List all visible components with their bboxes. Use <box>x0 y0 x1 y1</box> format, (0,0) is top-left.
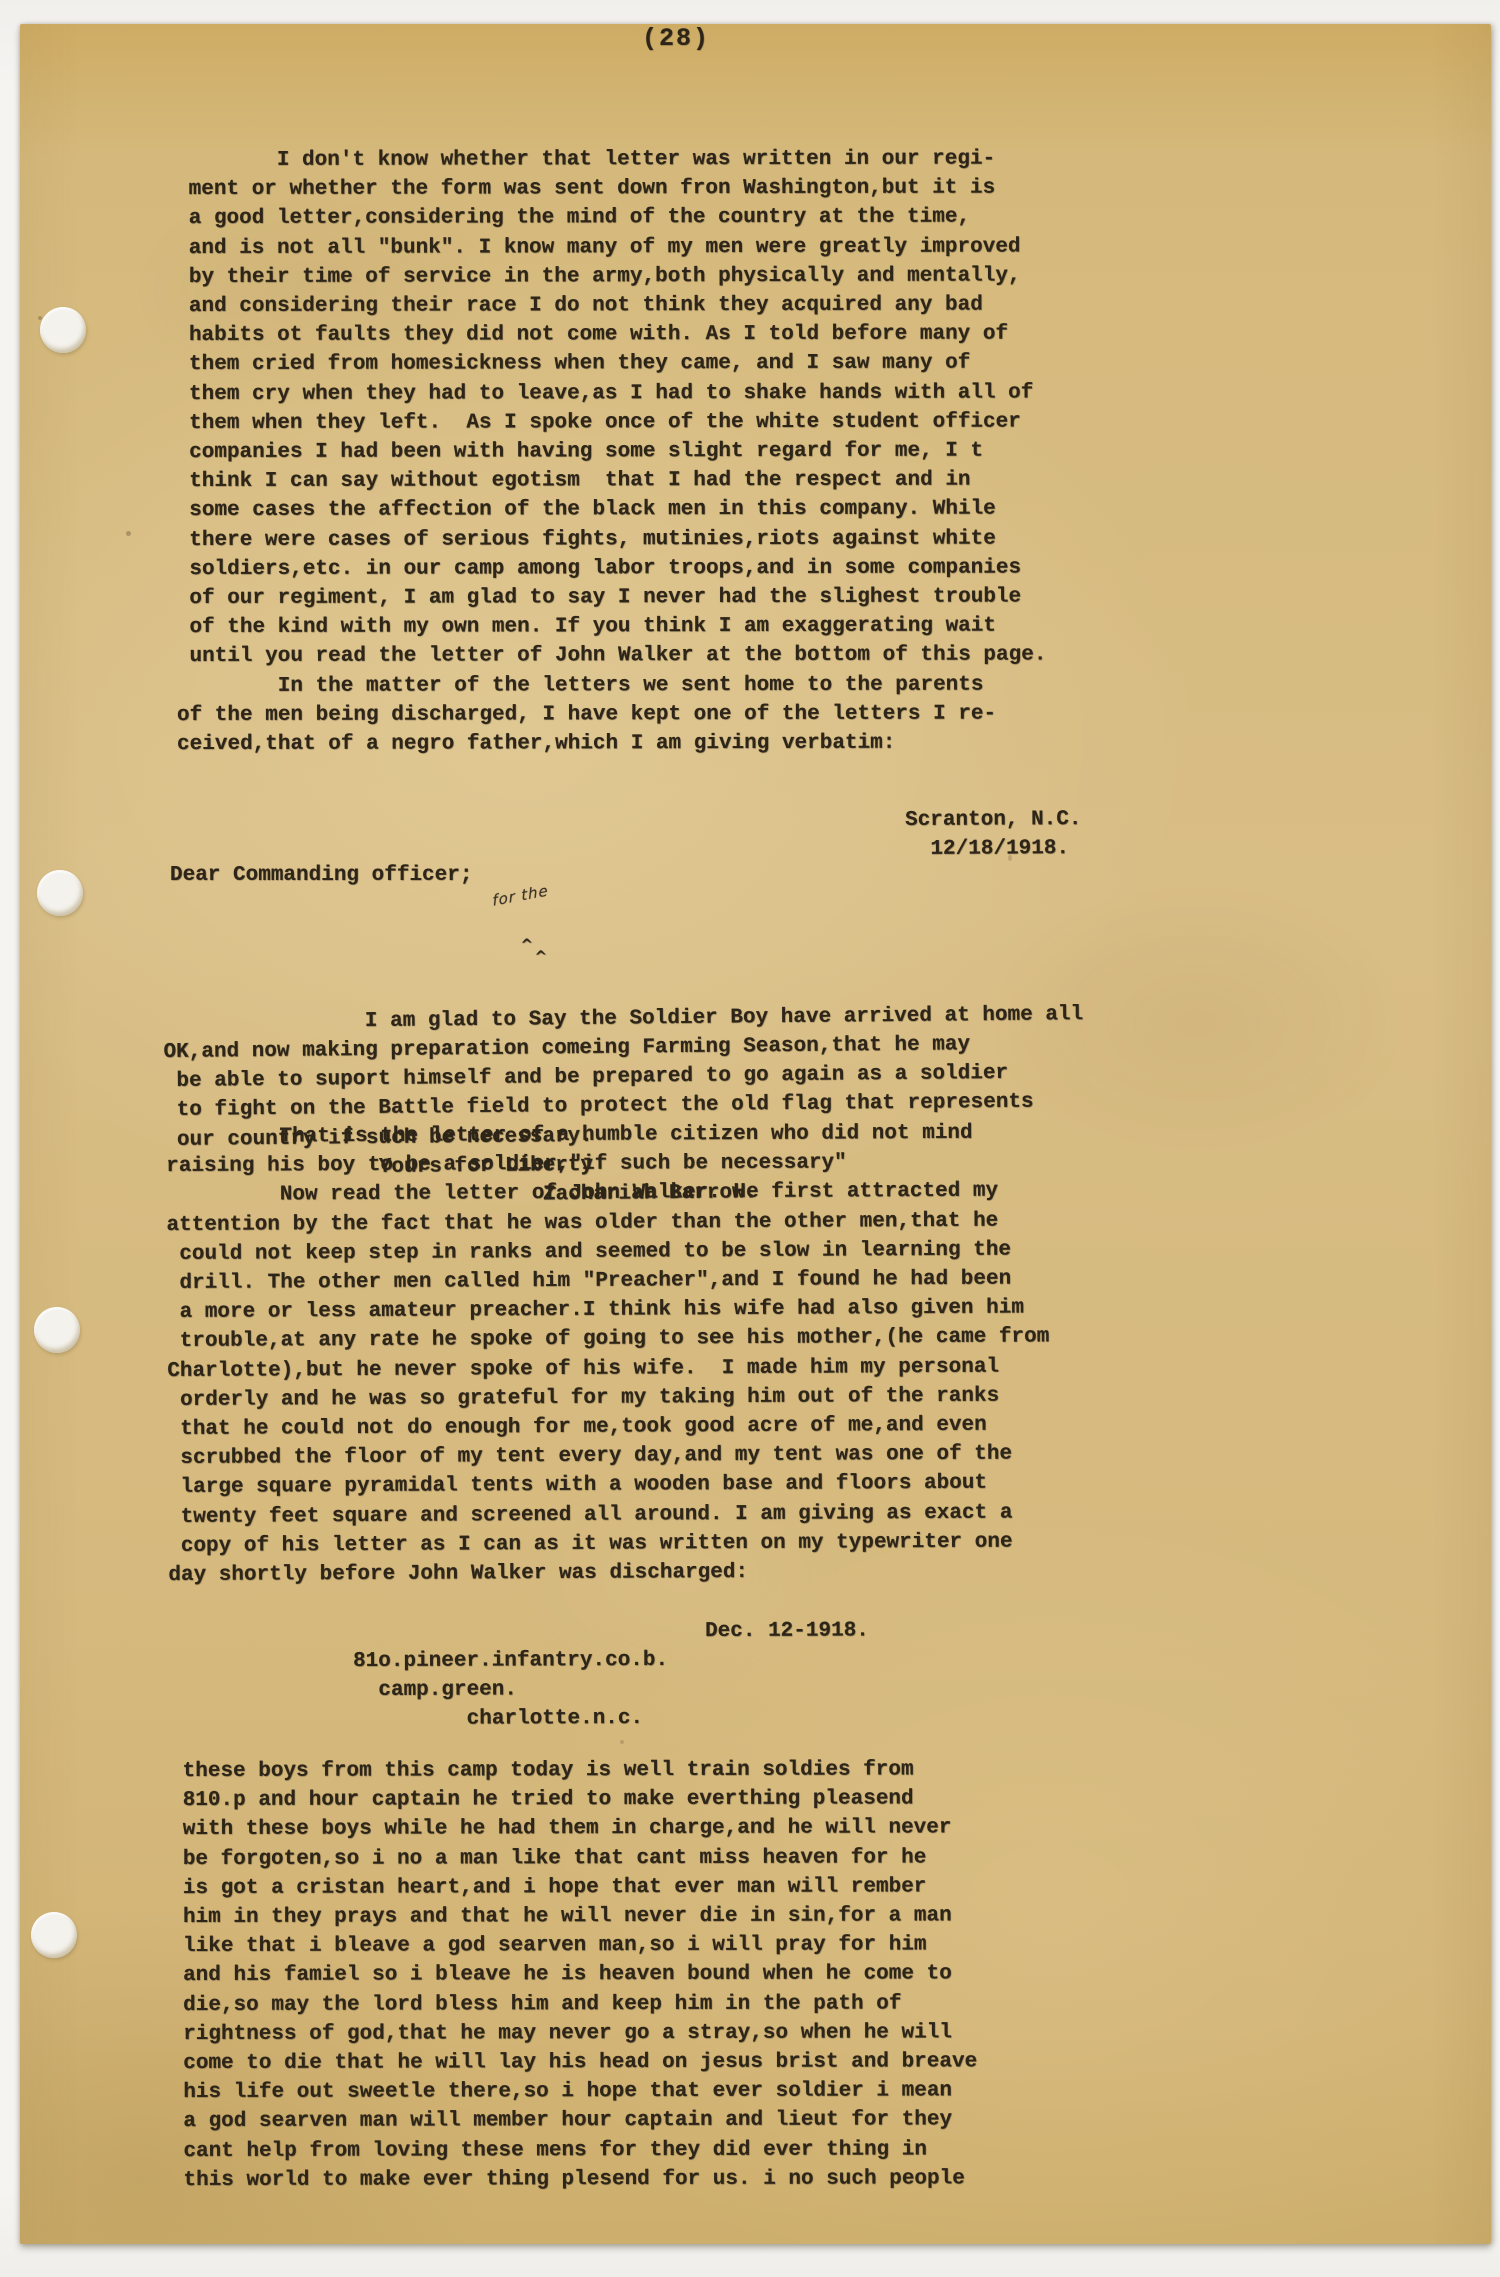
insertion-caret-icon: ^ <box>535 949 548 964</box>
salutation: Dear Commanding officer; <box>170 861 472 890</box>
text-line: That is the letter of a humble citizen w… <box>166 1118 1048 1152</box>
text-line: by their time of service in the army,bot… <box>176 261 1046 292</box>
text-line: companies I had been with having some sl… <box>177 437 1047 468</box>
text-line: 12/18/1918. <box>905 834 1082 864</box>
insertion-caret-icon: ^ <box>520 937 533 952</box>
text-line: Charlotte),but he never spoke of his wif… <box>167 1352 1049 1386</box>
text-line: ment or whether the form was sent down f… <box>176 174 1046 205</box>
text-line: scrubbed the floor of my tent every day,… <box>168 1440 1050 1474</box>
text-line: die,so may the lord bless him and keep h… <box>170 1989 977 2020</box>
text-line: twenty feet square and screened all arou… <box>168 1498 1050 1532</box>
walker-letter-body: these boys from this camp today is well … <box>170 1755 977 2195</box>
ink-speck <box>620 1740 624 1744</box>
text-line: that he could not do enough for me,took … <box>168 1410 1050 1444</box>
text-line: ceived,that of a negro father,which I am… <box>177 729 1047 760</box>
text-line: like that i bleave a god searven man,so … <box>170 1931 977 1962</box>
text-line: Scranton, N.C. <box>905 805 1082 835</box>
text-line: trouble,at any rate he spoke of going to… <box>167 1323 1049 1357</box>
text-line: attention by the fact that he was older … <box>166 1206 1048 1240</box>
text-line: charlotte.n.c. <box>353 1704 668 1734</box>
ink-speck <box>126 531 131 536</box>
text-line: camp.green. <box>353 1675 668 1705</box>
text-line: is got a cristan heart,and i hope that e… <box>170 1872 977 1903</box>
scanned-document-page: { "colors": { "paper": "#d5b97d", "ink":… <box>0 0 1500 2277</box>
punch-hole <box>40 307 86 353</box>
text-line: and is not all "bunk". I know many of my… <box>176 232 1046 263</box>
text-line: orderly and he was so grateful for my ta… <box>167 1381 1049 1415</box>
page-number: (28) <box>642 24 710 53</box>
text-line: this world to make ever thing plesend fo… <box>171 2164 978 2195</box>
text-line: there were cases of serious fights, muti… <box>177 524 1047 555</box>
text-line: a more or less amateur preacher.I think … <box>167 1294 1049 1328</box>
text-line: could not keep step in ranks and seemed … <box>167 1235 1049 1269</box>
text-line: Now read the letter of John Walker. He f… <box>166 1177 1048 1211</box>
text-line: drill. The other men called him "Preache… <box>167 1264 1049 1298</box>
text-line: of the men being discharged, I have kept… <box>177 699 1047 730</box>
text-line: rightness of god,that he may never go a … <box>171 2018 978 2049</box>
punch-hole <box>31 1912 77 1958</box>
text-line: copy of his letter as I can as it was wr… <box>168 1527 1050 1561</box>
text-line: them when they left. As I spoke once of … <box>176 407 1046 438</box>
text-line: until you read the letter of John Walker… <box>177 641 1047 672</box>
text-line: him in they prays and that he will never… <box>170 1901 977 1932</box>
text-line: of our regiment, I am glad to say I neve… <box>177 583 1047 614</box>
text-line: habits ot faults they did not come with.… <box>176 320 1046 351</box>
text-line: think I can say without egotism that I h… <box>177 466 1047 497</box>
text-line: I don't know whether that letter was wri… <box>176 144 1046 175</box>
text-line: some cases the affection of the black me… <box>177 495 1047 526</box>
letterhead-place-date: Scranton, N.C. 12/18/1918. <box>905 805 1082 864</box>
punch-hole <box>34 1307 80 1353</box>
text-line: them cried from homesickness when they c… <box>176 349 1046 380</box>
text-line: day shortly before John Walker was disch… <box>168 1556 1050 1590</box>
text-line: a good letter,considering the mind of th… <box>176 203 1046 234</box>
text-line: and his famiel so i bleave he is heaven … <box>170 1960 977 1991</box>
ink-speck <box>1008 855 1012 861</box>
text-line: be forgoten,so i no a man like that cant… <box>170 1843 977 1874</box>
punch-hole <box>37 870 83 916</box>
text-line: a god searven man will member hour capta… <box>171 2106 978 2137</box>
text-line: large square pyramidal tents with a wood… <box>168 1469 1050 1503</box>
text-line: of the kind with my own men. If you thin… <box>177 612 1047 643</box>
walker-letter-address: 81o.pineer.infantry.co.b. camp.green. ch… <box>353 1646 668 1735</box>
text-line: In the matter of the letters we sent hom… <box>177 670 1047 701</box>
text-line: raising his boy to be a soldier,"if such… <box>166 1148 1048 1182</box>
paragraph-introduction: I don't know whether that letter was wri… <box>176 144 1047 759</box>
paragraph-walker-intro: That is the letter of a humble citizen w… <box>166 1118 1051 1590</box>
ink-speck <box>38 316 42 320</box>
text-line: these boys from this camp today is well … <box>170 1755 977 1786</box>
text-line: cant help from loving these mens for the… <box>171 2135 978 2166</box>
text-line: and considering their race I do not thin… <box>176 290 1046 321</box>
text-line: his life out sweetle there,so i hope tha… <box>171 2077 978 2108</box>
text-line: soldiers,etc. in our camp among labor tr… <box>177 553 1047 584</box>
text-line: 81o.pineer.infantry.co.b. <box>353 1646 668 1676</box>
walker-letter-date: Dec. 12-1918. <box>705 1616 869 1646</box>
text-line: 810.p and hour captain he tried to make … <box>170 1785 977 1816</box>
text-line: them cry when they had to leave,as I had… <box>176 378 1046 409</box>
text-line: with these boys while he had them in cha… <box>170 1814 977 1845</box>
text-line: come to die that he will lay his head on… <box>171 2047 978 2078</box>
